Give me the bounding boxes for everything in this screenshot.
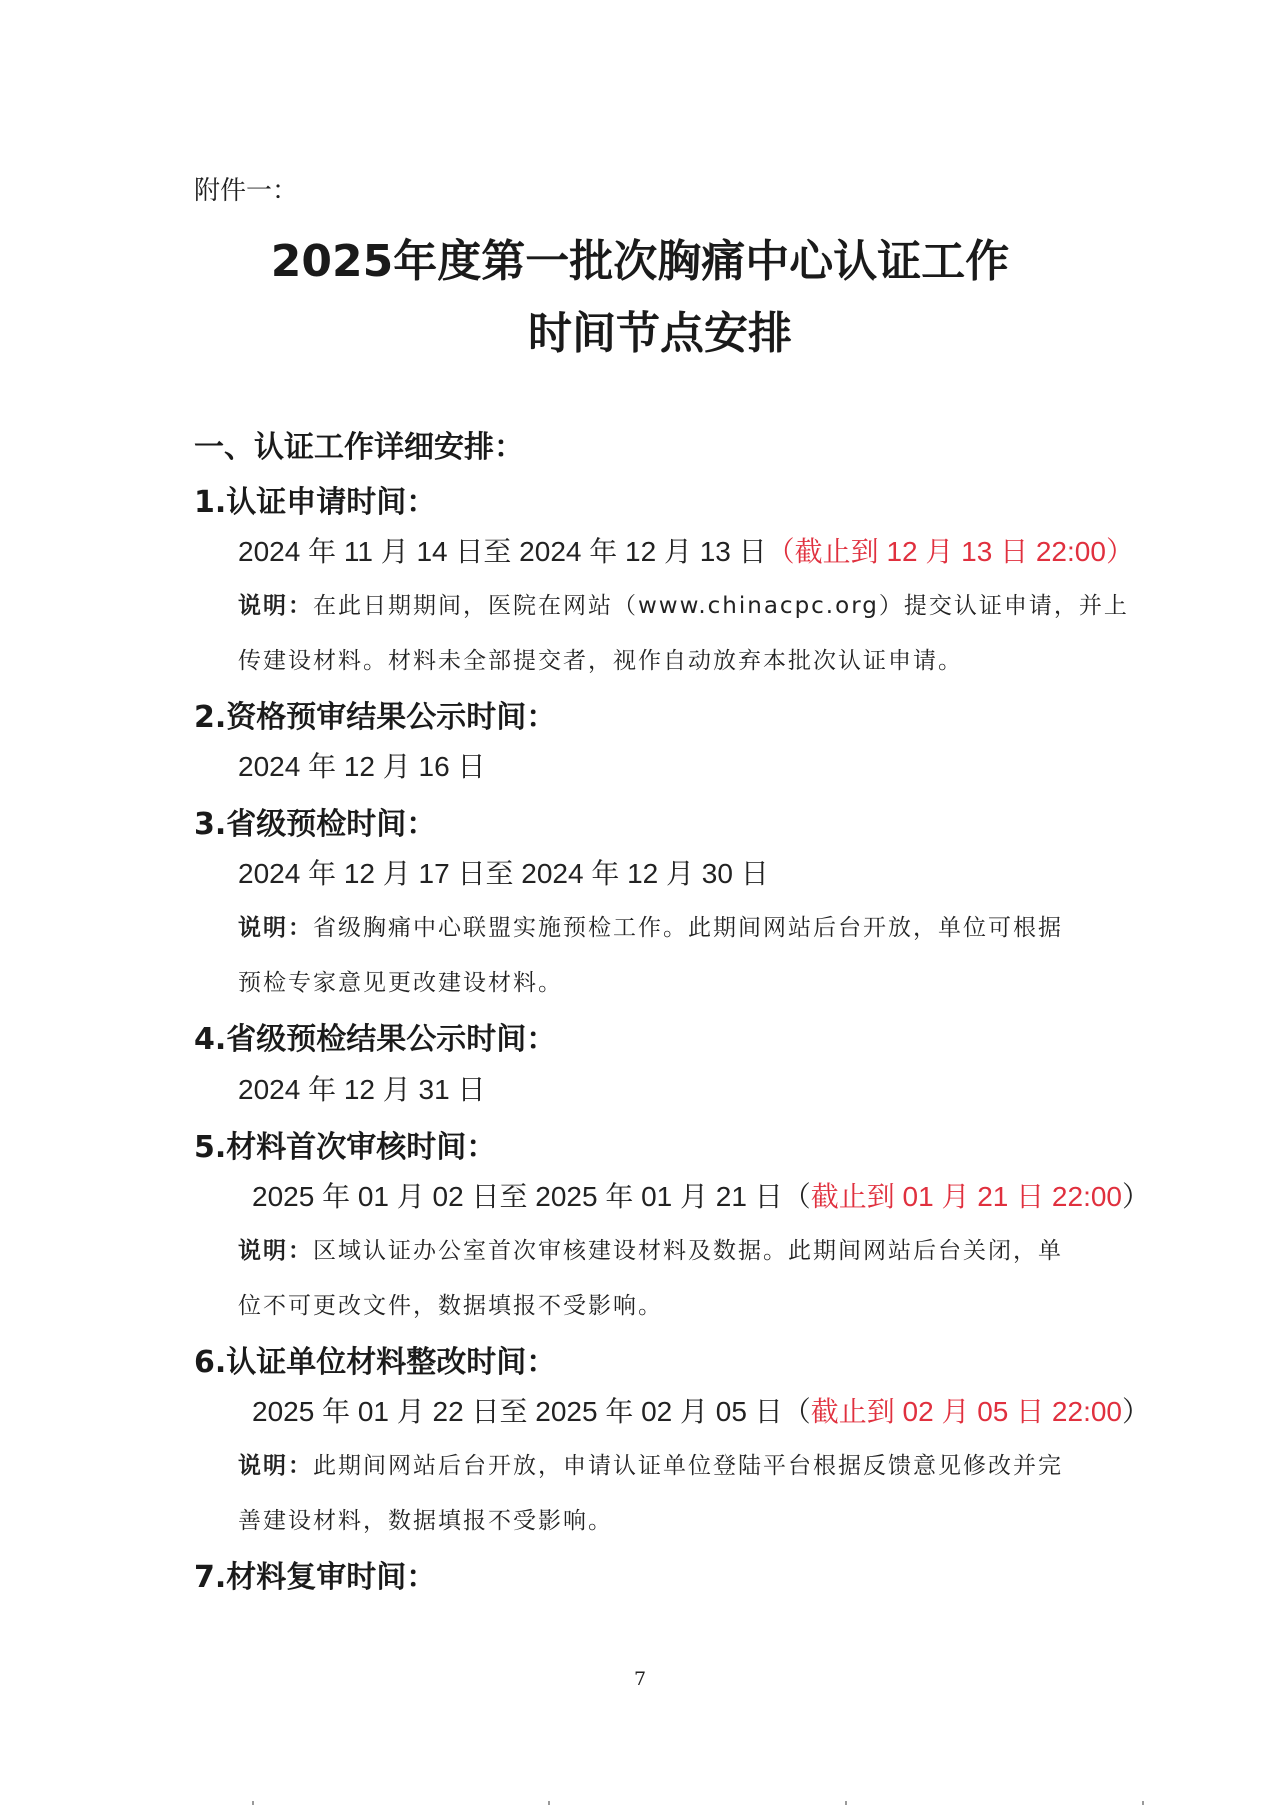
item-3-note-line1: 说明：省级胸痛中心联盟实施预检工作。此期间网站后台开放，单位可根据	[238, 909, 1063, 942]
item-5-note-label: 说明：	[238, 1238, 313, 1264]
item-6-heading: 6.认证单位材料整改时间：	[194, 1337, 556, 1381]
item-6-date-range: 2025 年 01 月 22 日至 2025 年 02 月 05 日	[252, 1396, 783, 1427]
item-6-deadline: 截止到 02 月 05 日 22:00	[811, 1396, 1122, 1427]
page-number: 7	[0, 1668, 1280, 1690]
scan-mark	[1142, 1801, 1144, 1805]
item-5-note-text: 区域认证办公室首次审核建设材料及数据。此期间网站后台关闭，单	[313, 1238, 1063, 1264]
item-5-note-line2: 位不可更改文件，数据填报不受影响。	[238, 1287, 663, 1320]
item-6-note-line2: 善建设材料，数据填报不受影响。	[238, 1502, 613, 1535]
item-1-note-label: 说明：	[238, 593, 313, 619]
document-title-line2: 时间节点安排	[20, 297, 1280, 361]
item-1-note-text: 在此日期期间，医院在网站（www.chinacpc.org）提交认证申请，并上	[313, 593, 1129, 619]
item-1-date-range: 2024 年 11 月 14 日至 2024 年 12 月 13 日	[238, 536, 767, 567]
item-5-date-range: 2025 年 01 月 02 日至 2025 年 01 月 21 日	[252, 1181, 783, 1212]
item-5-deadline-close: ）	[1122, 1181, 1150, 1212]
item-6-note-label: 说明：	[238, 1453, 313, 1479]
item-5-note-line1: 说明：区域认证办公室首次审核建设材料及数据。此期间网站后台关闭，单	[238, 1232, 1063, 1265]
item-5-date: 2025 年 01 月 02 日至 2025 年 01 月 21 日（截止到 0…	[252, 1175, 1150, 1215]
item-6-date: 2025 年 01 月 22 日至 2025 年 02 月 05 日（截止到 0…	[252, 1390, 1150, 1430]
item-6-deadline-open: （	[783, 1396, 811, 1427]
item-3-heading: 3.省级预检时间：	[194, 799, 436, 843]
attachment-label: 附件一：	[194, 170, 298, 207]
item-1-note-line2: 传建设材料。材料未全部提交者，视作自动放弃本批次认证申请。	[238, 642, 963, 675]
item-1-heading: 1.认证申请时间：	[194, 477, 436, 521]
item-6-note-text: 此期间网站后台开放，申请认证单位登陆平台根据反馈意见修改并完	[313, 1453, 1063, 1479]
item-7-heading: 7.材料复审时间：	[194, 1552, 436, 1596]
item-1-date: 2024 年 11 月 14 日至 2024 年 12 月 13 日（截止到 1…	[238, 530, 1134, 570]
document-title-line1: 2025年度第一批次胸痛中心认证工作	[0, 225, 1280, 289]
item-5-deadline-open: （	[783, 1181, 811, 1212]
item-5-heading: 5.材料首次审核时间：	[194, 1122, 496, 1166]
item-1-deadline-close: ）	[1106, 536, 1134, 567]
item-1-deadline-open: （	[767, 536, 795, 567]
section-heading: 一、认证工作详细安排：	[194, 422, 524, 466]
document-page: 附件一： 2025年度第一批次胸痛中心认证工作 时间节点安排 一、认证工作详细安…	[0, 0, 1280, 1810]
item-1-deadline: 截止到 12 月 13 日 22:00	[795, 536, 1106, 567]
scan-mark	[845, 1801, 847, 1805]
item-4-heading: 4.省级预检结果公示时间：	[194, 1014, 556, 1058]
item-1-note-line1: 说明：在此日期期间，医院在网站（www.chinacpc.org）提交认证申请，…	[238, 587, 1129, 620]
scan-mark	[548, 1801, 550, 1805]
item-3-note-text: 省级胸痛中心联盟实施预检工作。此期间网站后台开放，单位可根据	[313, 915, 1063, 941]
item-3-note-line2: 预检专家意见更改建设材料。	[238, 964, 563, 997]
item-3-date: 2024 年 12 月 17 日至 2024 年 12 月 30 日	[238, 852, 769, 892]
item-3-note-label: 说明：	[238, 915, 313, 941]
item-2-date: 2024 年 12 月 16 日	[238, 745, 485, 785]
item-6-note-line1: 说明：此期间网站后台开放，申请认证单位登陆平台根据反馈意见修改并完	[238, 1447, 1063, 1480]
item-6-deadline-close: ）	[1122, 1396, 1150, 1427]
item-5-deadline: 截止到 01 月 21 日 22:00	[811, 1181, 1122, 1212]
scan-mark	[252, 1801, 254, 1805]
item-2-heading: 2.资格预审结果公示时间：	[194, 692, 556, 736]
item-4-date: 2024 年 12 月 31 日	[238, 1068, 485, 1108]
